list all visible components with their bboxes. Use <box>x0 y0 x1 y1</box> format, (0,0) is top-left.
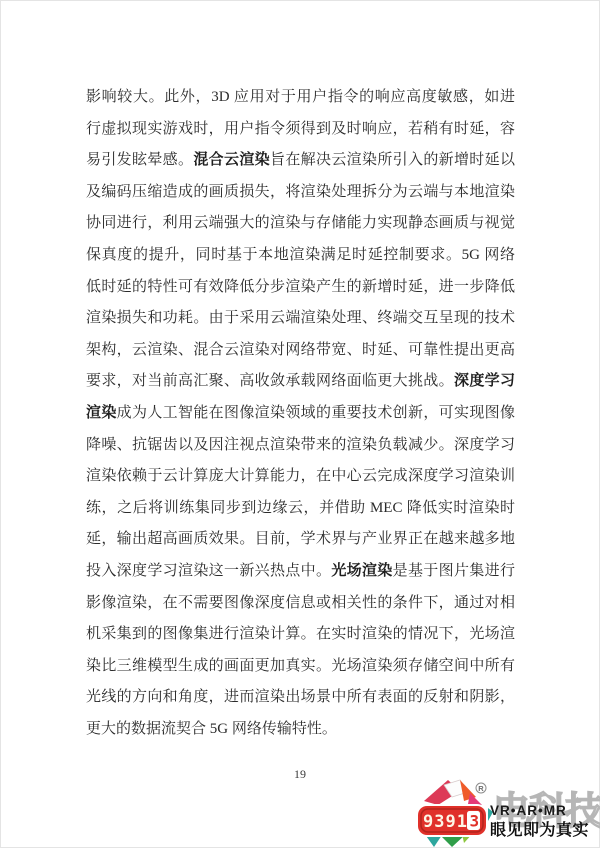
text-line: 影像渲染，在不需要图像深度信息或相关性的条件下，通过对相 <box>86 588 515 620</box>
text-line: 延，输出超高画质效果。目前，学术界与产业界正在越来越多地 <box>86 524 515 556</box>
logo-tagline: VR•AR•MR <box>490 803 567 818</box>
text-run: 及编码压缩造成的画质损失，将渲染处理拆分为云端与本地渲染 <box>86 184 515 200</box>
text-run: 降噪、抗锯齿以及因注视点渲染带来的渲染负载减少。深度学习 <box>86 437 515 453</box>
text-run: 机采集到的图像集进行渲染计算。在实时渲染的情况下，光场渲 <box>86 626 515 642</box>
text-line: 低时延的特性可有效降低分步渲染产生的新增时延，进一步降低 <box>86 272 515 304</box>
badge-digit-right: 3 <box>470 812 481 831</box>
text-run: 架构，云渲染、混合云渲染对网络带宽、时延、可靠性提出更高 <box>86 342 515 358</box>
text-line: 机采集到的图像集进行渲染计算。在实时渲染的情况下，光场渲 <box>86 619 515 651</box>
text-run: 成为人工智能在图像渲染领域的重要技术创新，可实现图像 <box>117 405 515 421</box>
logo-shape-magenta-triangle <box>468 793 482 805</box>
logo-slogan: 眼见即为真实 <box>490 817 589 840</box>
text-run: 染比三维模型生成的画面更加真实。光场渲染须存储空间中所有 <box>86 658 515 674</box>
text-line: 渲染成为人工智能在图像渲染领域的重要技术创新，可实现图像 <box>86 398 515 430</box>
text-run: 渲染依赖于云计算庞大计算能力，在中心云完成深度学习渲染训 <box>86 468 515 484</box>
text-run: 渲染损失和功耗。由于采用云端渲染处理、终端交互呈现的技术 <box>86 310 515 326</box>
text-run: 影像渲染，在不需要图像深度信息或相关性的条件下，通过对相 <box>86 595 515 611</box>
text-run: 影响较大。此外，3D 应用对于用户指令的响应高度敏感，如进 <box>86 89 515 105</box>
text-line: 投入深度学习渲染这一新兴热点中。光场渲染是基于图片集进行 <box>86 556 515 588</box>
text-line: 光线的方向和角度，进而渲染出场景中所有表面的反射和阴影， <box>86 682 515 714</box>
text-line: 架构，云渲染、混合云渲染对网络带宽、时延、可靠性提出更高 <box>86 335 515 367</box>
text-line: 更大的数据流契合 5G 网络传输特性。 <box>86 714 515 746</box>
text-line: 练，之后将训练集同步到边缘云，并借助 MEC 降低实时渲染时 <box>86 493 515 525</box>
text-run: 投入深度学习渲染这一新兴热点中。 <box>86 563 331 579</box>
brand-logo: 电科技 9391 3 R VR•AR•MR 眼见即为真实 <box>414 777 600 848</box>
text-run: 要求，对当前高汇聚、高收敛承载网络面临更大挑战。 <box>86 373 454 389</box>
text-run: 行虚拟现实游戏时，用户指令须得到及时响应，若稍有时延，容 <box>86 121 515 137</box>
text-run: 延，输出超高画质效果。目前，学术界与产业界正在越来越多地 <box>86 531 515 547</box>
vr-headset-logo-icon: 9391 3 R <box>414 777 493 848</box>
text-line: 影响较大。此外，3D 应用对于用户指令的响应高度敏感，如进 <box>86 82 515 114</box>
bold-term: 光场渲染 <box>331 563 392 579</box>
badge-digits-left: 9391 <box>423 812 468 832</box>
text-line: 及编码压缩造成的画质损失，将渲染处理拆分为云端与本地渲染 <box>86 177 515 209</box>
text-line: 渲染依赖于云计算庞大计算能力，在中心云完成深度学习渲染训 <box>86 461 515 493</box>
text-line: 降噪、抗锯齿以及因注视点渲染带来的渲染负载减少。深度学习 <box>86 430 515 462</box>
bold-term: 深度学习 <box>454 373 515 389</box>
text-line: 协同进行，利用云端强大的渲染与存储能力实现静态画质与视觉 <box>86 208 515 240</box>
text-line: 保真度的提升，同时基于本地渲染满足时延控制要求。5G 网络 <box>86 240 515 272</box>
text-run: 更大的数据流契合 5G 网络传输特性。 <box>86 721 337 737</box>
text-run: 练，之后将训练集同步到边缘云，并借助 MEC 降低实时渲染时 <box>86 500 515 516</box>
text-run: 协同进行，利用云端强大的渲染与存储能力实现静态画质与视觉 <box>86 215 515 231</box>
registered-letter: R <box>478 784 484 793</box>
text-run: 低时延的特性可有效降低分步渲染产生的新增时延，进一步降低 <box>86 279 515 295</box>
text-line: 行虚拟现实游戏时，用户指令须得到及时响应，若稍有时延，容 <box>86 114 515 146</box>
text-run: 保真度的提升，同时基于本地渲染满足时延控制要求。5G 网络 <box>86 247 515 263</box>
bold-term: 混合云渲染 <box>193 152 270 168</box>
bold-term: 渲染 <box>86 405 117 421</box>
text-run: 易引发眩晕感。 <box>86 152 193 168</box>
text-line: 渲染损失和功耗。由于采用云端渲染处理、终端交互呈现的技术 <box>86 303 515 335</box>
text-run: 光线的方向和角度，进而渲染出场景中所有表面的反射和阴影， <box>86 689 515 705</box>
text-line: 染比三维模型生成的画面更加真实。光场渲染须存储空间中所有 <box>86 651 515 683</box>
document-page: 影响较大。此外，3D 应用对于用户指令的响应高度敏感，如进行虚拟现实游戏时，用户… <box>0 0 600 848</box>
text-run: 是基于图片集进行 <box>393 563 515 579</box>
text-line: 易引发眩晕感。混合云渲染旨在解决云渲染所引入的新增时延以 <box>86 145 515 177</box>
text-block: 影响较大。此外，3D 应用对于用户指令的响应高度敏感，如进行虚拟现实游戏时，用户… <box>86 82 515 745</box>
text-run: 旨在解决云渲染所引入的新增时延以 <box>270 152 515 168</box>
text-line: 要求，对当前高汇聚、高收敛承载网络面临更大挑战。深度学习 <box>86 366 515 398</box>
